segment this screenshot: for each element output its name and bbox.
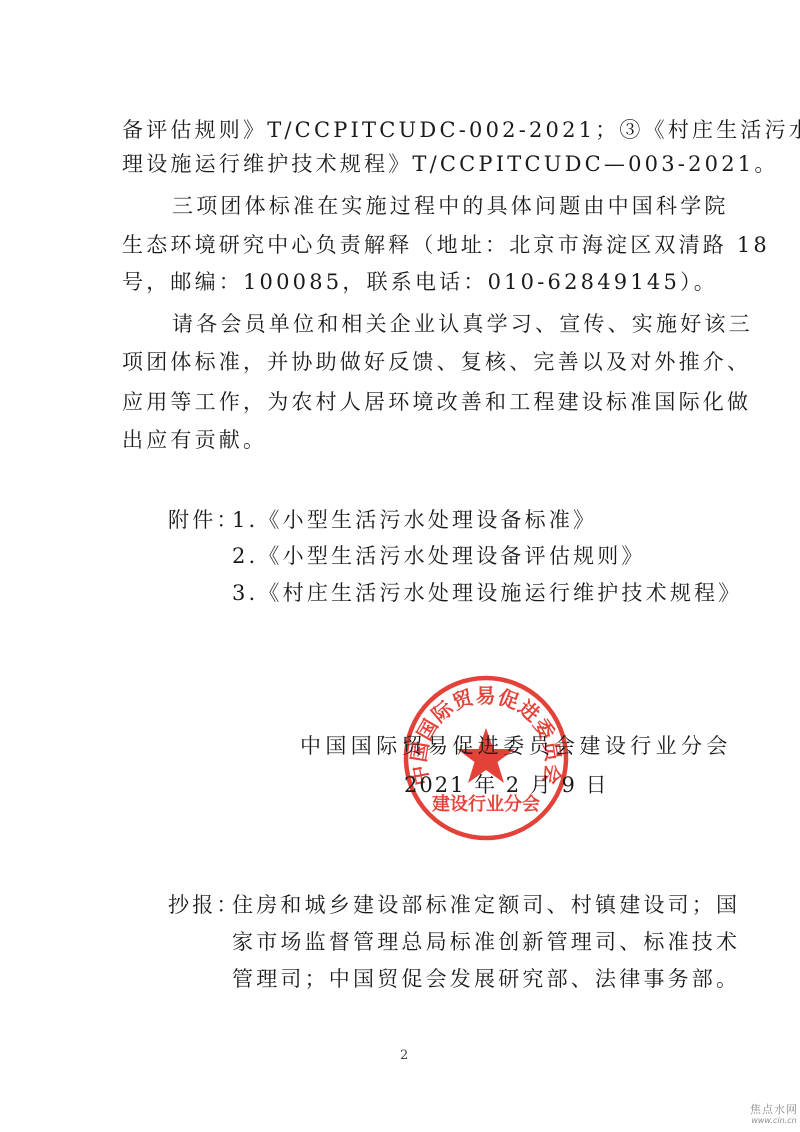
signature-organization: 中国国际贸易促进委员会建设行业分会 [300,734,732,758]
attachment-item-3: 3.《村庄生活污水处理设施运行维护技术规程》 [232,581,742,605]
cc-line: 家市场监督管理总局标准创新管理司、标准技术 [232,930,740,954]
body-line: 号，邮编：100085，联系电话：010-62849145）。 [122,270,718,294]
body-line: 三项团体标准在实施过程中的具体问题由中国科学院 [172,194,729,218]
cc-line: 管理司；中国贸促会发展研究部、法律事务部。 [232,967,740,991]
cc-line: 住房和城乡建设部标准定额司、村镇建设司；国 [232,893,740,917]
attachment-item-1: 1.《小型生活污水处理设备标准》 [232,508,597,532]
cc-label: 抄报： [168,893,241,917]
body-line: 项团体标准，并协助做好反馈、复核、完善以及对外推介、 [122,350,751,374]
page-number: 2 [400,1048,408,1063]
document-page: 备评估规则》T/CCPITCUDC-002-2021；③《村庄生活污水处 理设施… [0,0,800,1132]
attachment-item-2: 2.《小型生活污水处理设备评估规则》 [232,544,646,568]
body-line: 生态环境研究中心负责解释（地址：北京市海淀区双清路 18 [122,233,770,257]
body-line: 出应有贡献。 [122,428,267,452]
watermark-name: 焦点水网 [748,1104,800,1116]
body-line: 理设施运行维护技术规程》T/CCPITCUDC—003-2021。 [122,152,779,176]
body-line: 备评估规则》T/CCPITCUDC-002-2021；③《村庄生活污水处 [122,118,800,142]
body-line: 请各会员单位和相关企业认真学习、宣传、实施好该三 [172,312,753,336]
signature-date: 2021 年 2 月 9 日 [404,773,609,797]
watermark: 焦点水网 www.cin.cn [748,1104,800,1126]
body-line: 应用等工作，为农村人居环境改善和工程建设标准国际化做 [122,390,751,414]
attachments-label: 附件： [168,508,241,532]
watermark-url: www.cin.cn [748,1116,800,1126]
